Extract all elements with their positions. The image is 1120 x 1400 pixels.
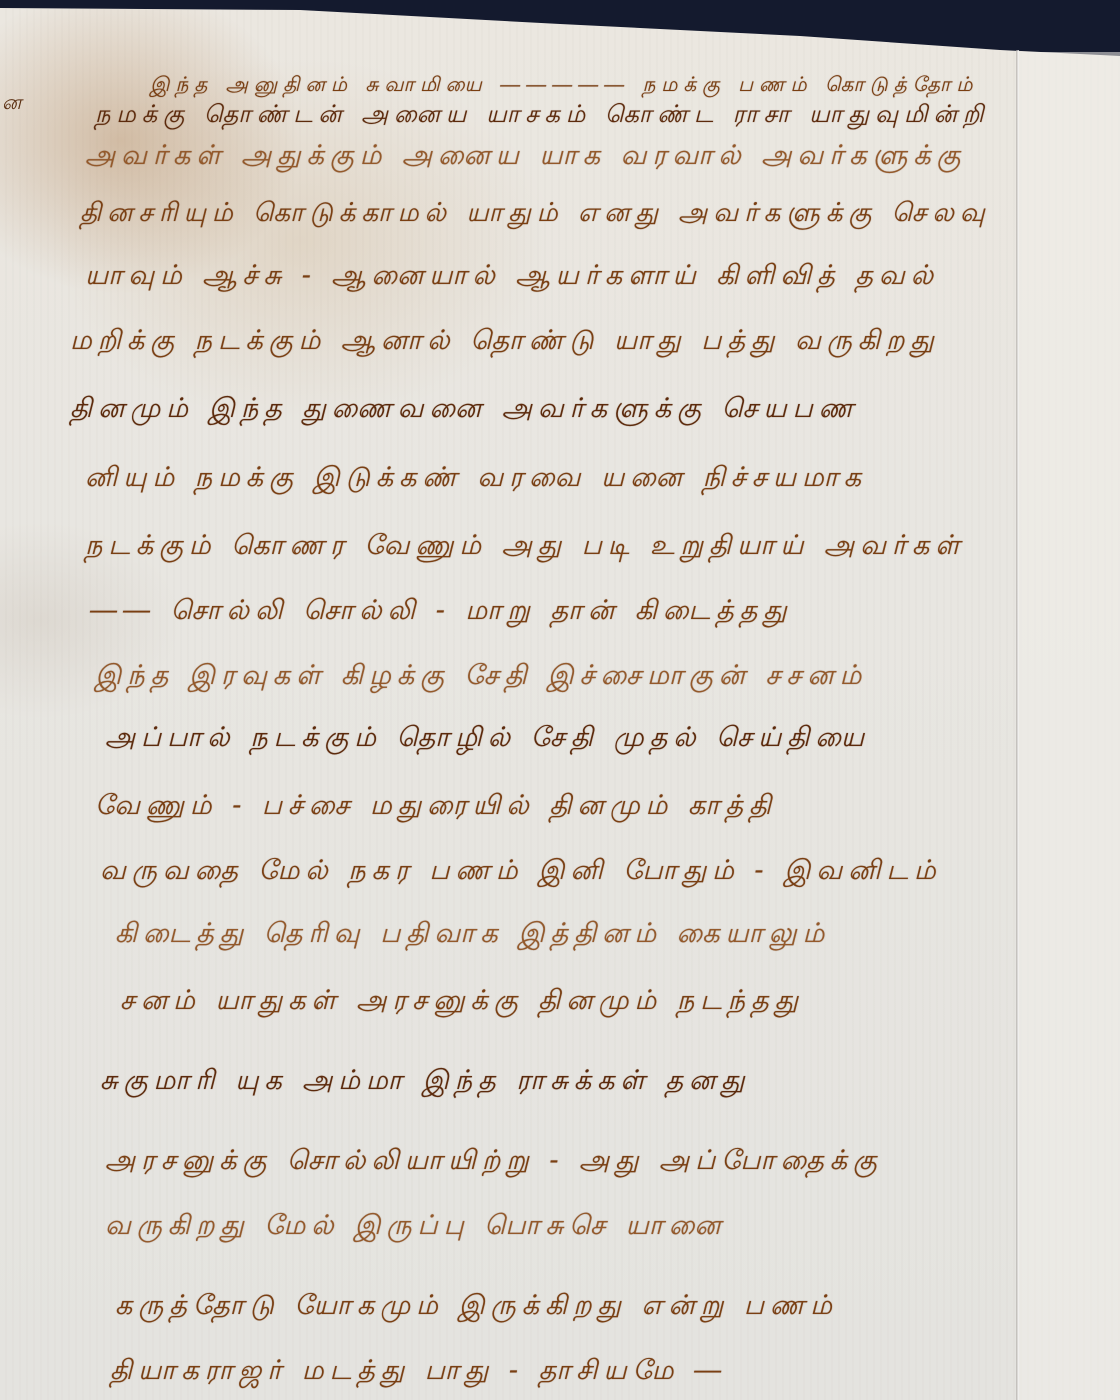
manuscript-line: னியும் நமக்கு இடுக்கண் வரவை யனை நிச்சயமா…: [85, 462, 867, 497]
manuscript-line: தினமும் இந்த துணைவனை அவர்களுக்கு செயபண: [70, 393, 859, 428]
manuscript-line: சனம் யாதுகள் அரசனுக்கு தினமும் நடந்தது: [120, 985, 804, 1020]
manuscript-line: சுகுமாரி யுக அம்மா இந்த ராசுக்கள் தனது: [100, 1065, 751, 1100]
manuscript-line: மறிக்கு நடக்கும் ஆனால் தொண்டு யாது பத்து…: [70, 325, 940, 360]
manuscript-line: வருவதை மேல் நகர பணம் இனி போதும் ‐ இவனிடம…: [100, 855, 942, 890]
manuscript-line: கிடைத்து தெரிவு பதிவாக இத்தினம் கையாலும்: [115, 918, 830, 953]
manuscript-line: நமக்கு தொண்டன் அனைய யாசகம் கொண்ட ராசா யா…: [95, 100, 990, 131]
manuscript-line: வேணும் ‐ பச்சை மதுரையில் தினமும் காத்தி: [95, 790, 777, 825]
folded-paper-panel: [1019, 52, 1120, 1400]
manuscript-line: இந்த இரவுகள் கிழக்கு சேதி இச்சைமாகுன் சச…: [95, 660, 867, 695]
manuscript-line: தினசரியும் கொடுக்காமல் யாதும் எனது அவர்க…: [80, 198, 991, 231]
manuscript-line: யாவும் ஆச்சு ‐ ஆனையால் ஆயர்களாய் கிளிவித…: [85, 260, 939, 295]
manuscript-line: அப்பால் நடக்கும் தொழில் சேதி முதல் செய்த…: [105, 722, 870, 757]
manuscript-line: இந்த அனுதினம் சுவாமியை ――――― நமக்கு பணம்…: [150, 72, 978, 99]
manuscript-line: கருத்தோடு யோகமும் இருக்கிறது என்று பணம்: [115, 1290, 838, 1325]
manuscript-line: அவர்கள் அதுக்கும் அனைய யாக வரவால் அவர்கள…: [85, 140, 966, 175]
handwritten-text-block: இந்த அனுதினம் சுவாமியை ――――― நமக்கு பணம்…: [0, 0, 1020, 1400]
manuscript-line: ―― சொல்லி சொல்லி ‐ மாறு தான் கிடைத்தது: [90, 595, 793, 630]
manuscript-line: நடக்கும் கொணர வேணும் அது படி உறுதியாய் அ…: [85, 530, 966, 565]
manuscript-line: அரசனுக்கு சொல்லியாயிற்று ‐ அது அப்போதைக்…: [105, 1145, 883, 1180]
manuscript-line: வருகிறது மேல் இருப்பு பொசுசெ யானை: [105, 1210, 727, 1245]
manuscript-line: தியாகராஜர் மடத்து பாது ‐ தாசியமே ―: [110, 1355, 727, 1390]
